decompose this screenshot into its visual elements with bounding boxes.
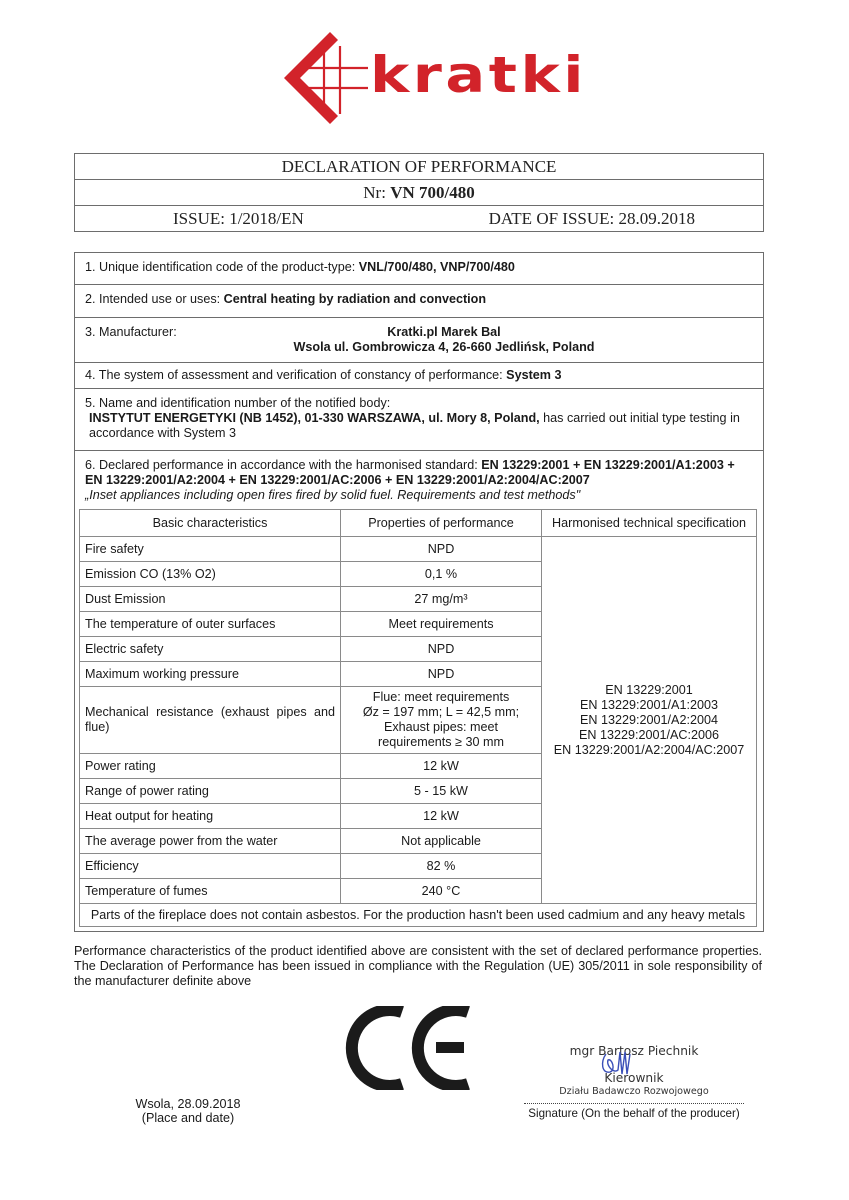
performance-cell: 12 kW [341,804,542,829]
col-properties-of-performance: Properties of performance [341,510,542,537]
col-harmonised-specification: Harmonised technical specification [542,510,757,537]
performance-cell: Not applicable [341,829,542,854]
section-notified-body: 5. Name and identification number of the… [75,389,763,451]
grid-chevron-icon [280,28,370,128]
title-block: DECLARATION OF PERFORMANCE Nr: VN 700/48… [74,153,764,232]
declaration-sections: 1. Unique identification code of the pro… [74,252,764,932]
table-header-row: Basic characteristics Properties of perf… [80,510,757,537]
characteristic-cell: Mechanical resistance (exhaust pipes and… [80,687,341,754]
document-number-value: VN 700/480 [390,183,475,202]
section-avcp-system: 4. The system of assessment and verifica… [75,363,763,389]
performance-cell: NPD [341,662,542,687]
date-of-issue: DATE OF ISSUE: 28.09.2018 [489,206,695,231]
handwritten-signature-icon [598,1044,636,1082]
characteristic-cell: The average power from the water [80,829,341,854]
characteristic-cell: Maximum working pressure [80,662,341,687]
characteristic-cell: Fire safety [80,537,341,562]
characteristic-cell: The temperature of outer surfaces [80,612,341,637]
characteristic-cell: Emission CO (13% O2) [80,562,341,587]
kratki-logo: kratki [280,28,570,128]
characteristic-cell: Dust Emission [80,587,341,612]
avcp-system: System 3 [506,368,561,382]
document-number: Nr: VN 700/480 [75,180,763,206]
performance-cell: NPD [341,637,542,662]
performance-cell: 27 mg/m³ [341,587,542,612]
standard-subtitle: „Inset appliances including open fires f… [85,488,755,503]
signatory-department: Działu Badawczo Rozwojowego [520,1086,748,1097]
section-product-code: 1. Unique identification code of the pro… [75,253,763,285]
section-declared-performance: 6. Declared performance in accordance wi… [75,451,763,931]
performance-table: Basic characteristics Properties of perf… [79,509,757,927]
performance-cell: Meet requirements [341,612,542,637]
performance-cell: Flue: meet requirementsØz = 197 mm; L = … [341,687,542,754]
product-code: VNL/700/480, VNP/700/480 [359,260,515,274]
notified-body: INSTYTUT ENERGETYKI (NB 1452), 01-330 WA… [89,411,540,425]
characteristic-cell: Temperature of fumes [80,879,341,904]
section-manufacturer: 3. Manufacturer: Kratki.pl Marek Bal Wso… [75,318,763,363]
conformity-statement: Performance characteristics of the produ… [74,944,762,989]
document-title: DECLARATION OF PERFORMANCE [75,154,763,180]
col-basic-characteristics: Basic characteristics [80,510,341,537]
signature-caption: Signature (On the behalf of the producer… [520,1107,748,1120]
characteristic-cell: Range of power rating [80,779,341,804]
place-and-date: Wsola, 28.09.2018 (Place and date) [108,1097,268,1125]
characteristic-cell: Efficiency [80,854,341,879]
performance-cell: 5 - 15 kW [341,779,542,804]
performance-cell: 12 kW [341,754,542,779]
characteristic-cell: Heat output for heating [80,804,341,829]
asbestos-note: Parts of the fireplace does not contain … [80,904,757,927]
issue-row: ISSUE: 1/2018/EN DATE OF ISSUE: 28.09.20… [75,206,763,231]
issue-number: ISSUE: 1/2018/EN [173,206,304,231]
characteristic-cell: Electric safety [80,637,341,662]
table-footer-row: Parts of the fireplace does not contain … [80,904,757,927]
performance-cell: 240 °C [341,879,542,904]
place-date-value: Wsola, 28.09.2018 [108,1097,268,1111]
ce-mark-icon [344,1006,474,1090]
specification-cell: EN 13229:2001EN 13229:2001/A1:2003EN 132… [542,537,757,904]
intended-use: Central heating by radiation and convect… [224,292,486,306]
performance-cell: 0,1 % [341,562,542,587]
performance-cell: NPD [341,537,542,562]
brand-name: kratki [370,46,587,104]
section-intended-use: 2. Intended use or uses: Central heating… [75,285,763,318]
signature-line [524,1097,744,1104]
place-date-caption: (Place and date) [108,1111,268,1125]
performance-cell: 82 % [341,854,542,879]
characteristic-cell: Power rating [80,754,341,779]
manufacturer-details: Kratki.pl Marek Bal Wsola ul. Gombrowicz… [233,325,755,356]
table-row: Fire safetyNPDEN 13229:2001EN 13229:2001… [80,537,757,562]
